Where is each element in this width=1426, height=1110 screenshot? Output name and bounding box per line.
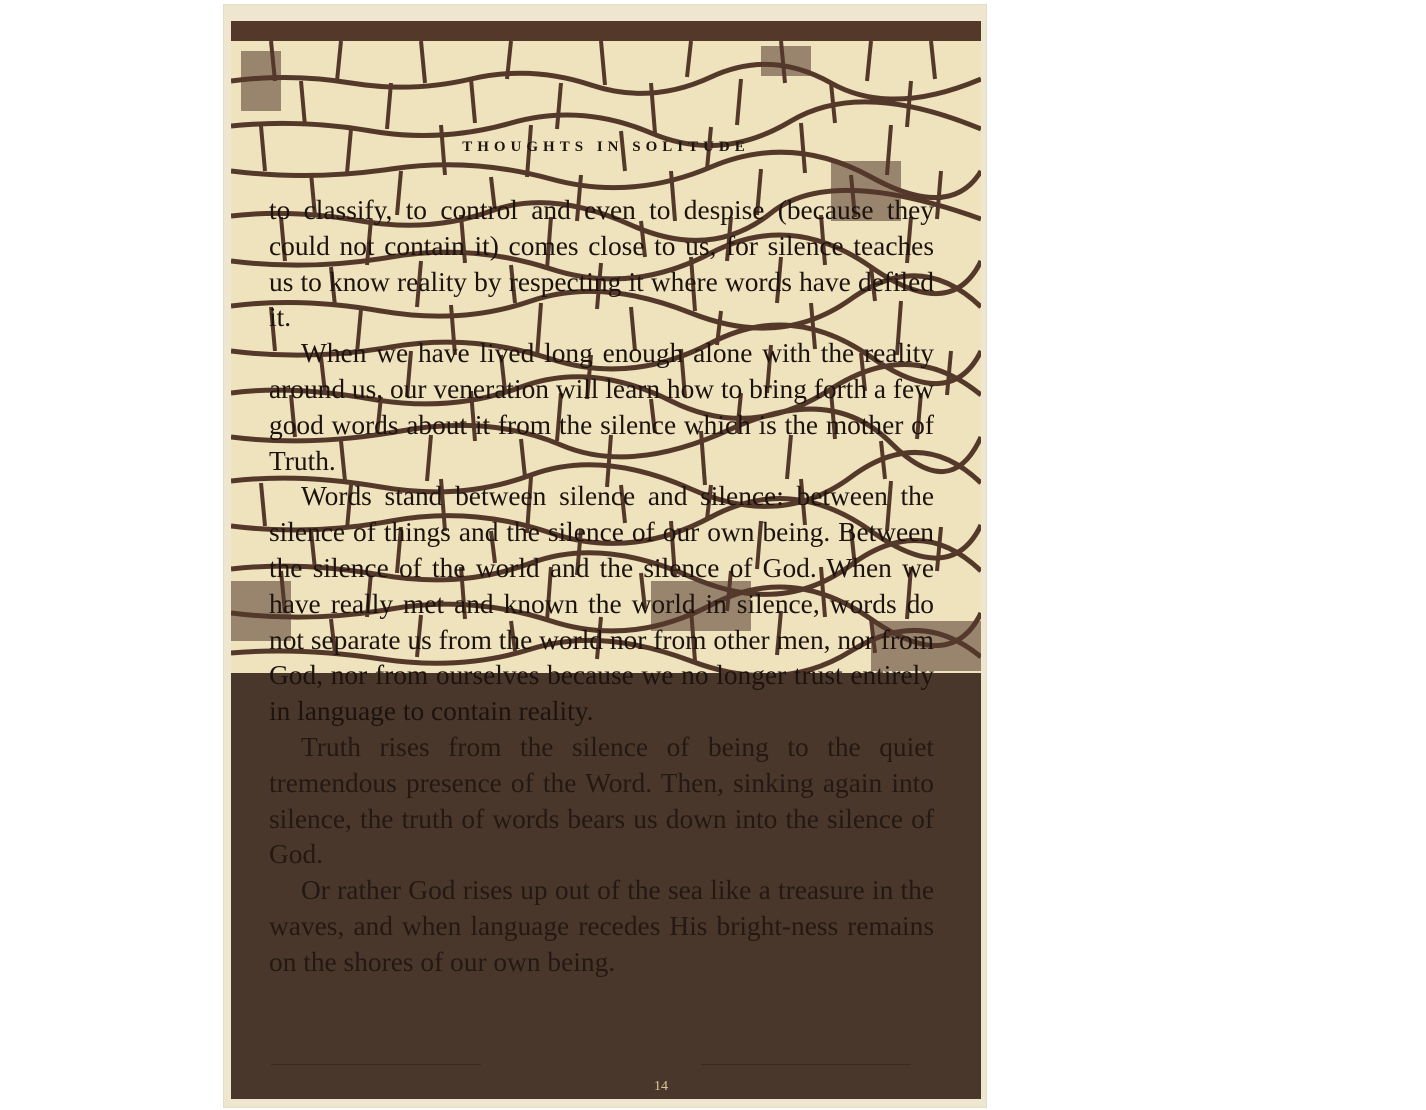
printed-page: THOUGHTS IN SOLITUDE to classify, to con… [231,21,981,1099]
paragraph-3: Words stand between silence and silence:… [269,479,934,730]
paragraph-1: to classify, to control and even to desp… [269,193,934,336]
bottom-rule-left [271,1064,481,1065]
artwork-card: THOUGHTS IN SOLITUDE to classify, to con… [224,5,986,1107]
page-text: to classify, to control and even to desp… [269,193,934,981]
paragraph-2: When we have lived long enough alone wit… [269,336,934,479]
paragraph-5: Or rather God rises up out of the sea li… [269,873,934,980]
running-head: THOUGHTS IN SOLITUDE [231,139,981,156]
bottom-rule-right [701,1064,911,1065]
page-number: 14 [641,1079,681,1099]
paragraph-4: Truth rises from the silence of being to… [269,730,934,873]
